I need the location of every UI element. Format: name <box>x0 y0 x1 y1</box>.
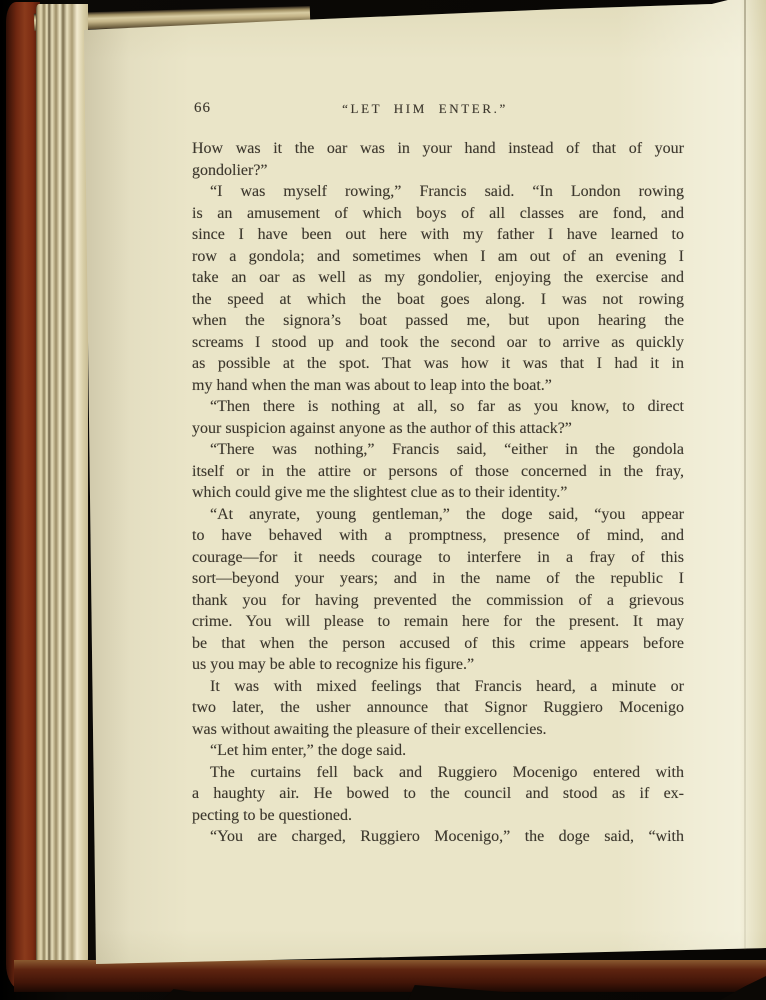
text-line: to have behaved with a promptness, prese… <box>192 525 684 547</box>
text-line: itself or in the attire or persons of th… <box>192 461 684 483</box>
paragraph: The curtains fell back and Ruggiero Moce… <box>192 762 684 827</box>
text-line: “You are charged, Ruggiero Mocenigo,” th… <box>192 826 684 848</box>
page-header: 66 “LET HIM ENTER.” <box>192 100 684 118</box>
text-line: your suspicion against anyone as the aut… <box>192 418 684 440</box>
text-line: two later, the usher announce that Signo… <box>192 697 684 719</box>
text-line: a haughty air. He bowed to the council a… <box>192 783 684 805</box>
text-line: “At anyrate, young gentleman,” the doge … <box>192 504 684 526</box>
text-line: was without awaiting the pleasure of the… <box>192 719 684 741</box>
paragraph: “At anyrate, young gentleman,” the doge … <box>192 504 684 676</box>
paragraph: “Then there is nothing at all, so far as… <box>192 396 684 439</box>
text-line: when the signora’s boat passed me, but u… <box>192 310 684 332</box>
text-line: “I was myself rowing,” Francis said. “In… <box>192 181 684 203</box>
text-line: pecting to be questioned. <box>192 805 684 827</box>
text-line: courage—for it needs courage to interfer… <box>192 547 684 569</box>
text-line: screams I stood up and took the second o… <box>192 332 684 354</box>
text-line: “Then there is nothing at all, so far as… <box>192 396 684 418</box>
running-title: “LET HIM ENTER.” <box>192 101 658 117</box>
page-crease <box>744 0 746 950</box>
text-line: be that when the person accused of this … <box>192 633 684 655</box>
page-paragraphs: How was it the oar was in your hand inst… <box>192 138 684 848</box>
text-line: The curtains fell back and Ruggiero Moce… <box>192 762 684 784</box>
text-line: us you may be able to recognize his figu… <box>192 654 684 676</box>
paragraph: “There was nothing,” Francis said, “eith… <box>192 439 684 504</box>
text-line: since I have been out here with my fathe… <box>192 224 684 246</box>
text-line: crime. You will please to remain here fo… <box>192 611 684 633</box>
paragraph: How was it the oar was in your hand inst… <box>192 138 684 181</box>
text-line: take an oar as well as my gondolier, enj… <box>192 267 684 289</box>
text-line: the speed at which the boat goes along. … <box>192 289 684 311</box>
text-line: “Let him enter,” the doge said. <box>192 740 684 762</box>
text-line: How was it the oar was in your hand inst… <box>192 138 684 160</box>
book-photo: 66 “LET HIM ENTER.” How was it the oar w… <box>0 0 766 1000</box>
paragraph: “I was myself rowing,” Francis said. “In… <box>192 181 684 396</box>
text-line: which could give me the slightest clue a… <box>192 482 684 504</box>
text-line: gondolier?” <box>192 160 684 182</box>
text-line: “There was nothing,” Francis said, “eith… <box>192 439 684 461</box>
paragraph: It was with mixed feelings that Francis … <box>192 676 684 741</box>
paragraph: “You are charged, Ruggiero Mocenigo,” th… <box>192 826 684 848</box>
page-edge-stack <box>36 4 88 988</box>
book-cover-bottom <box>14 960 766 992</box>
text-line: as possible at the spot. That was how it… <box>192 353 684 375</box>
paragraph: “Let him enter,” the doge said. <box>192 740 684 762</box>
text-line: my hand when the man was about to leap i… <box>192 375 684 397</box>
book-cover-spine <box>6 2 40 990</box>
text-line: It was with mixed feelings that Francis … <box>192 676 684 698</box>
text-line: row a gondola; and sometimes when I am o… <box>192 246 684 268</box>
text-line: is an amusement of which boys of all cla… <box>192 203 684 225</box>
text-line: thank you for having prevented the commi… <box>192 590 684 612</box>
text-line: sort—beyond your years; and in the name … <box>192 568 684 590</box>
